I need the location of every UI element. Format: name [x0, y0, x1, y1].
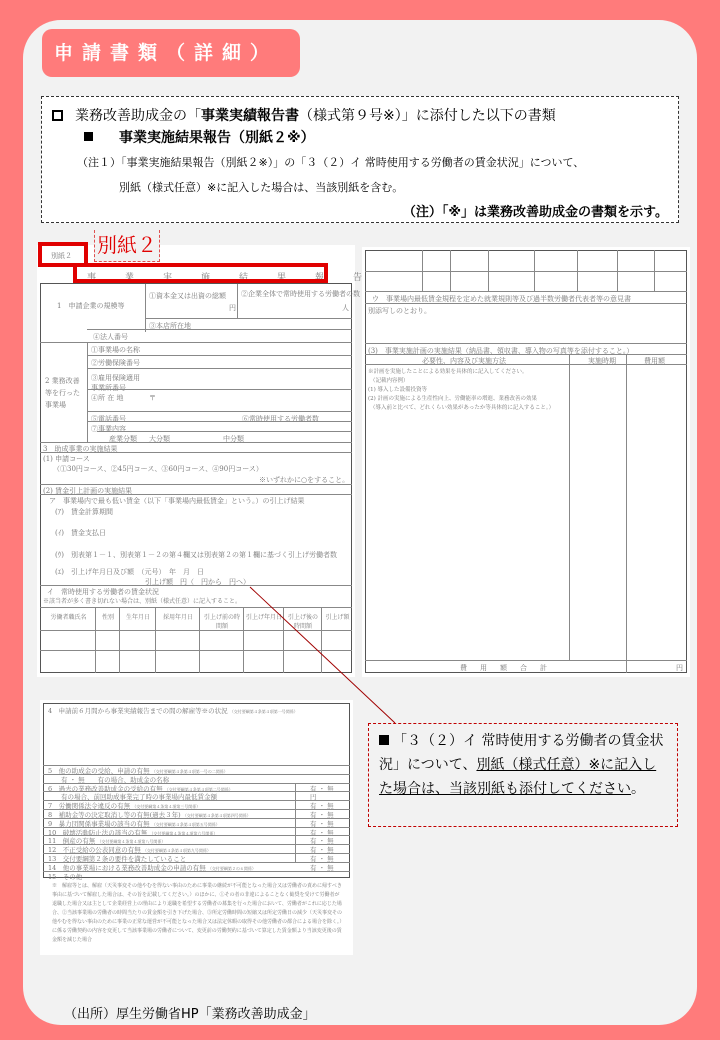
- wage-table-header: 引上げ年月日: [246, 612, 282, 621]
- form-page-2: ウ 事業場内最低賃金規程を定めた就業規則等及び過半数労働者代表者等の意見書 別添…: [362, 247, 690, 677]
- form-item-row: 4 申請前６月間から事業実績報告までの間の解雇等※の状況 （交付要綱第４条第４項…: [48, 706, 298, 715]
- checkbox-square-icon: [52, 110, 63, 121]
- note-1: （注１）「事業実施結果報告（別紙２※）」の「３（２）イ 常時使用する労働者の賃金…: [77, 154, 584, 170]
- wage-table-header: 引上げ額: [324, 612, 351, 621]
- document-sub-item: 事業実施結果報告（別紙２※）: [84, 127, 315, 147]
- betsushi-2-label: 別紙２: [94, 230, 160, 262]
- wage-table-header: 労働者職氏名: [43, 612, 94, 621]
- form-item-row: 15 その他: [48, 872, 82, 881]
- form-page-3: 4 申請前６月間から事業実績報告までの間の解雇等※の状況 （交付要綱第４条第４項…: [40, 700, 353, 955]
- source-citation: （出所）厚生労働省HP「業務改善助成金」: [64, 1003, 316, 1022]
- page-title: 申請書類（詳細）: [42, 29, 300, 77]
- wage-table-header: 引上げ後の時間額: [286, 612, 320, 630]
- document-list-box: 業務改善助成金の「事業実績報告書（様式第９号※）」に添付した以下の書類 事業実施…: [41, 96, 679, 223]
- bullet-square-icon: [379, 735, 389, 745]
- asterisk-note: （注）「※」は業務改善助成金の書類を示す。: [403, 201, 668, 220]
- document-list-item: 業務改善助成金の「事業実績報告書（様式第９号※）」に添付した以下の書類: [52, 105, 556, 125]
- bullet-square-icon: [84, 132, 93, 141]
- wage-table-header: 性別: [98, 612, 118, 621]
- title-highlight: [73, 263, 328, 283]
- callout-note: 「３（２）イ 常時使用する労働者の賃金状況」について、別紙（様式任意）※に記入し…: [368, 723, 678, 827]
- wage-table-header: 引上げ前の時間額: [202, 612, 242, 630]
- note-1-cont: 別紙（様式任意）※に記入した場合は、当該別紙を含む。: [119, 179, 403, 195]
- wage-table-header: 採用年月日: [158, 612, 198, 621]
- wage-table-header: 生年月日: [122, 612, 154, 621]
- form-footnote: ※ 解雇等とは、解雇（天災事変その他やむを得ない事由のために事業の継続が不可能と…: [52, 882, 342, 945]
- form-page-1: 別紙２ 事 業 実 施 結 果 報 告 1 申請企業の規模等 ①資本金又は出資の…: [37, 245, 355, 677]
